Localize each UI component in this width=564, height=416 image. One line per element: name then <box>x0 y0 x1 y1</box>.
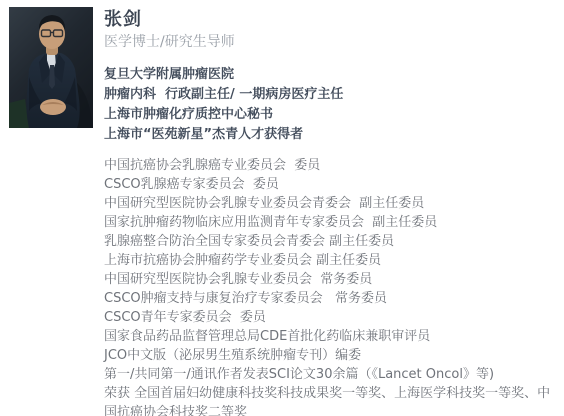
tie-shape <box>49 65 55 89</box>
credential-line: 中国研究型医院协会乳腺专业委员会青委会 副主任委员 <box>104 194 558 213</box>
portrait-photo <box>9 7 93 128</box>
credential-line: 中国研究型医院协会乳腺专业委员会 常务委员 <box>104 270 558 289</box>
portrait-photo-graphic <box>9 7 93 128</box>
credential-line: 中国抗癌协会乳腺癌专业委员会 委员 <box>104 156 558 175</box>
credential-line: 国家食品药品监督管理总局CDE首批化药临床兼职审评员 <box>104 327 558 346</box>
credential-line: 乳腺癌整合防治全国专家委员会青委会 副主任委员 <box>104 232 558 251</box>
credential-line: 国家抗肿瘤药物临床应用监测青年专家委员会 副主任委员 <box>104 213 558 232</box>
credential-line: 上海市抗癌协会肿瘤药学专业委员会 副主任委员 <box>104 251 558 270</box>
affiliation-line: 上海市“医苑新星”杰青人才获得者 <box>104 125 558 145</box>
credential-line: CSCO青年专家委员会 委员 <box>104 308 558 327</box>
credential-line: 第一/共同第一/通讯作者发表SCI论文30余篇（《Lancet Oncol》等) <box>104 365 558 384</box>
profile-name: 张剑 <box>104 9 558 31</box>
affiliation-line: 肿瘤内科 行政副主任/ 一期病房医疗主任 <box>104 85 558 105</box>
profile-content: 张剑 医学博士/研究生导师 复旦大学附属肿瘤医院肿瘤内科 行政副主任/ 一期病房… <box>104 7 558 416</box>
credential-line: JCO中文版（泌尿男生殖系统肿瘤专刊）编委 <box>104 346 558 365</box>
credential-list: 中国抗癌协会乳腺癌专业委员会 委员CSCO乳腺癌专家委员会 委员中国研究型医院协… <box>104 156 558 416</box>
affiliation-line: 上海市肿瘤化疗质控中心秘书 <box>104 105 558 125</box>
affiliation-list: 复旦大学附属肿瘤医院肿瘤内科 行政副主任/ 一期病房医疗主任上海市肿瘤化疗质控中… <box>104 65 558 145</box>
hands-shape <box>40 99 66 115</box>
credential-line: 荣获 全国首届妇幼健康科技奖科技成果奖一等奖、上海医学科技奖一等奖、中国抗癌协会… <box>104 384 558 416</box>
affiliation-line: 复旦大学附属肿瘤医院 <box>104 65 558 85</box>
profile-card: 张剑 医学博士/研究生导师 复旦大学附属肿瘤医院肿瘤内科 行政副主任/ 一期病房… <box>0 0 564 416</box>
profile-degree-title: 医学博士/研究生导师 <box>104 33 558 51</box>
credential-line: CSCO肿瘤支持与康复治疗专家委员会 常务委员 <box>104 289 558 308</box>
credential-line: CSCO乳腺癌专家委员会 委员 <box>104 175 558 194</box>
